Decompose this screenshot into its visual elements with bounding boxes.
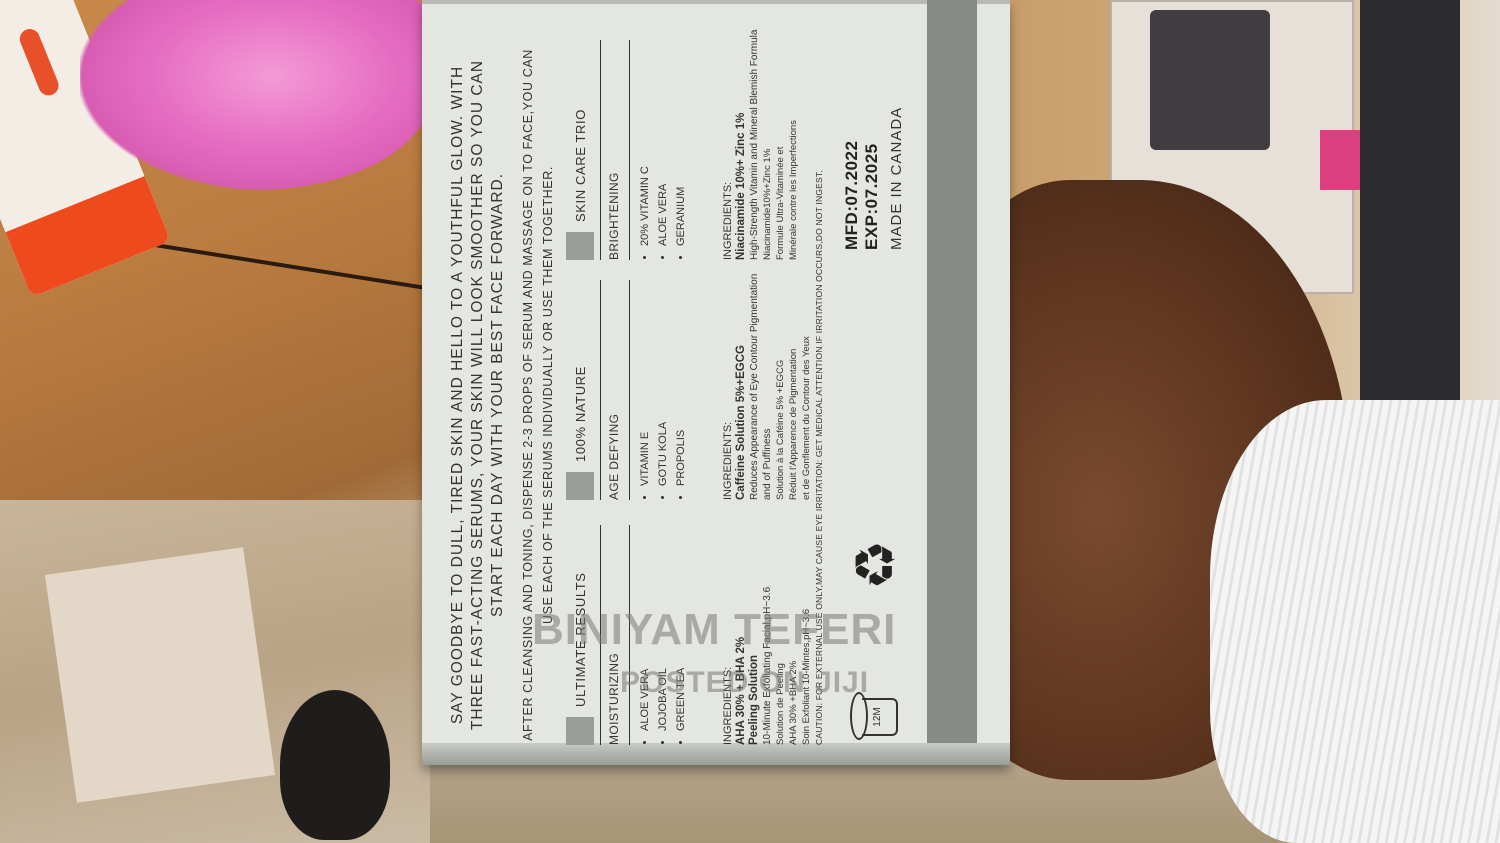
dates: MFD:07.2022 EXP:07.2025 <box>842 141 882 250</box>
ingredients-fr: Minérale contre les Imperfections <box>787 20 800 260</box>
serum-type: BRIGHTENING <box>603 40 627 260</box>
list-item: GERANIUM <box>672 40 690 246</box>
recycle-icon: ♻ <box>848 540 904 590</box>
ingredients-fr: Réduit l'Apparence de Pigmentation <box>787 260 800 500</box>
list-item: ALOE VERA <box>654 40 672 246</box>
list-item: PROPOLIS <box>672 280 690 486</box>
serum-column-age-defying: 100% NATURE AGE DEFYING VITAMIN E GOTU K… <box>562 280 690 500</box>
column-tag: 100% NATURE <box>573 366 588 462</box>
ingredients-fr: Formule Ultra-Vitaminée et <box>774 20 787 260</box>
ingredients-heading: INGREDIENTS: <box>722 260 735 500</box>
list-item: VITAMIN E <box>636 280 654 486</box>
ingredients-block: INGREDIENTS: Niacinamide 10%+ Zinc 1% Hi… <box>722 20 800 260</box>
shelf-product-window <box>1150 10 1270 150</box>
ingredients-desc: High-Strength Vitamin and Mineral Blemis… <box>748 20 761 260</box>
ingredients-desc: Reduces Appearance of Eye Contour Pigmen… <box>748 260 774 500</box>
gray-stripe <box>927 0 977 745</box>
gray-square-icon <box>566 717 594 745</box>
made-in-text: MADE IN CANADA <box>888 107 905 250</box>
ingredients-fr: Solution à la Caféine 5% +EGCG <box>774 260 787 500</box>
mfd-date: MFD:07.2022 <box>842 141 862 250</box>
serum-type: AGE DEFYING <box>603 280 627 500</box>
ingredients-main: Caffeine Solution 5%+EGCG <box>735 260 748 500</box>
list-item: GOTU KOLA <box>654 280 672 486</box>
ingredients-heading: INGREDIENTS: <box>722 20 735 260</box>
white-ribbed-cuff <box>1210 400 1500 843</box>
ingredients-fr: et de Gonflement du Contour des Yeux <box>800 260 813 500</box>
black-shoe <box>280 690 390 840</box>
watermark-name: BINIYAM TEFERI <box>532 605 896 655</box>
cardboard-flap <box>45 547 275 803</box>
open-jar-icon: 12M <box>850 696 900 740</box>
watermark-posted: POSTED ON JIJI <box>620 666 869 700</box>
exp-date: EXP:07.2025 <box>862 141 882 250</box>
ingredients-block: INGREDIENTS: Caffeine Solution 5%+EGCG R… <box>722 260 813 500</box>
list-item: 20% VITAMIN C <box>636 40 654 246</box>
pao-label: 12M <box>862 698 898 736</box>
pink-plastic-bag <box>80 0 430 190</box>
column-tag: SKIN CARE TRIO <box>573 109 588 222</box>
ingredients-main: Niacinamide 10%+ Zinc 1% <box>735 20 748 260</box>
gray-square-icon <box>566 232 594 260</box>
tub-label <box>17 26 62 98</box>
serum-column-brightening: SKIN CARE TRIO BRIGHTENING 20% VITAMIN C… <box>562 40 690 260</box>
ingredients-fr: Niacinamide10%+Zinc 1% <box>761 20 774 260</box>
gray-square-icon <box>566 472 594 500</box>
intro-text: SAY GOODBYE TO DULL, TIRED SKIN AND HELL… <box>448 45 508 745</box>
